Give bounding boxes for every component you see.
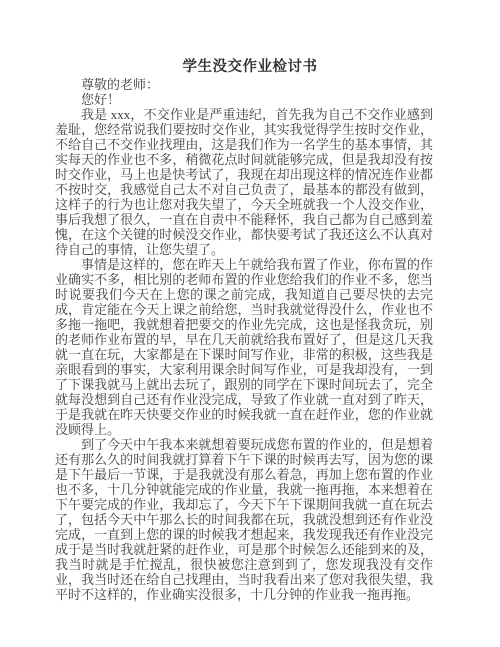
document-body: 尊敬的老师： 您好！ 我是 xxx，不交作业是严重违纪，首先我为自己不交作业感到… <box>55 77 433 602</box>
paragraph-2: 事情是这样的，您在昨天上午就给我布置了作业，你布置的作业确实不多，相比别的老师布… <box>55 257 433 437</box>
salutation: 尊敬的老师： <box>55 77 433 92</box>
document-page: 学生没交作业检讨书 尊敬的老师： 您好！ 我是 xxx，不交作业是严重违纪，首先… <box>0 0 500 647</box>
document-title: 学生没交作业检讨书 <box>0 55 500 76</box>
greeting: 您好！ <box>55 92 433 107</box>
paragraph-1: 我是 xxx，不交作业是严重违纪，首先我为自己不交作业感到羞耻，您经常说我们要按… <box>55 107 433 257</box>
paragraph-3: 到了今天中午我本来就想着要玩成您布置的作业的，但是想着还有那么久的时间我就打算着… <box>55 437 433 602</box>
